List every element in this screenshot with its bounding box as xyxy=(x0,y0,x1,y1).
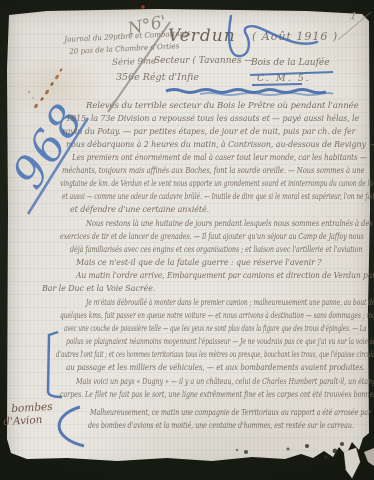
body-line: déjà familiarisés avec ces engins et ces… xyxy=(70,245,362,254)
body-line: Je m'étais débrouillé à monter dans le p… xyxy=(86,298,374,307)
body-line: exercices de tir et de lancer de grenade… xyxy=(60,232,364,241)
body-line: poilus se plaignaient néanmoins moyennan… xyxy=(66,337,374,346)
body-line: méchants, toujours mais affinés aux Boch… xyxy=(62,166,365,175)
body-line: Nous restons là une huitaine de jours pe… xyxy=(86,219,373,228)
regiment-label: 356e Régt d'Infie xyxy=(116,72,199,83)
body-line: 1915, la 73e Division a repoussé tous le… xyxy=(66,114,359,123)
body-line: Au matin l'ordre arrive, Embarquement pa… xyxy=(76,271,374,280)
red-speck xyxy=(141,5,144,8)
body-line: et aussi — comme une odeur de cadavre br… xyxy=(62,192,374,201)
body-line: Mais ce n'est-il que de la fatale guerre… xyxy=(76,258,321,267)
body-line: Mais voici un pays « Dugny » — il y a un… xyxy=(76,377,374,386)
body-line: carpes. Le filet ne fait pas le sort, un… xyxy=(60,390,374,399)
body-line: Bar le Duc et la Voie Sacrée. xyxy=(42,284,155,293)
body-line: quelques kms, fait passer en queue notre… xyxy=(60,311,374,320)
body-line: nous débarquons à 2 heures du matin, à C… xyxy=(66,140,374,149)
body-line: Malheureusement, ce matin une compagnie … xyxy=(90,408,371,417)
scanned-manuscript-photo: Journal du 29ptbre et Combattants 20 pas… xyxy=(0,0,374,480)
body-line: des bombes d'avions et la moitié, une ce… xyxy=(88,421,354,430)
header-date: ( Août 1916 ) xyxy=(252,30,338,43)
company-label: C. M. 5. xyxy=(257,73,311,84)
body-line: Les premiers ont énormément de mal à cas… xyxy=(72,153,367,162)
margin-note-bombes: bombes xyxy=(11,401,53,415)
body-line: au passage et les milliers de véhicules,… xyxy=(66,363,365,372)
body-line: Relevés du terrible secteur du Bois le P… xyxy=(86,101,359,110)
sector-label: Secteur ( Tavannes — xyxy=(154,56,253,66)
paper-shred xyxy=(364,448,374,466)
margin-note-avion: d'Avion xyxy=(3,414,43,428)
page-title: Verdun xyxy=(168,26,236,46)
sector-place-underlined: Bois de la Laufée xyxy=(251,58,330,68)
body-line: ravin du Potay. — par petites étapes, de… xyxy=(62,127,355,136)
body-line: vingtaine de km. de Verdun et le vent no… xyxy=(60,179,374,188)
body-line: avec une couche de poussière telle — que… xyxy=(64,324,367,333)
body-line: et défendre d'une certaine anxiété. xyxy=(70,205,209,214)
body-line: d'autres l'ont fait ; et ces hommes terr… xyxy=(56,350,374,359)
header-series-label: Série 9me xyxy=(112,56,156,68)
